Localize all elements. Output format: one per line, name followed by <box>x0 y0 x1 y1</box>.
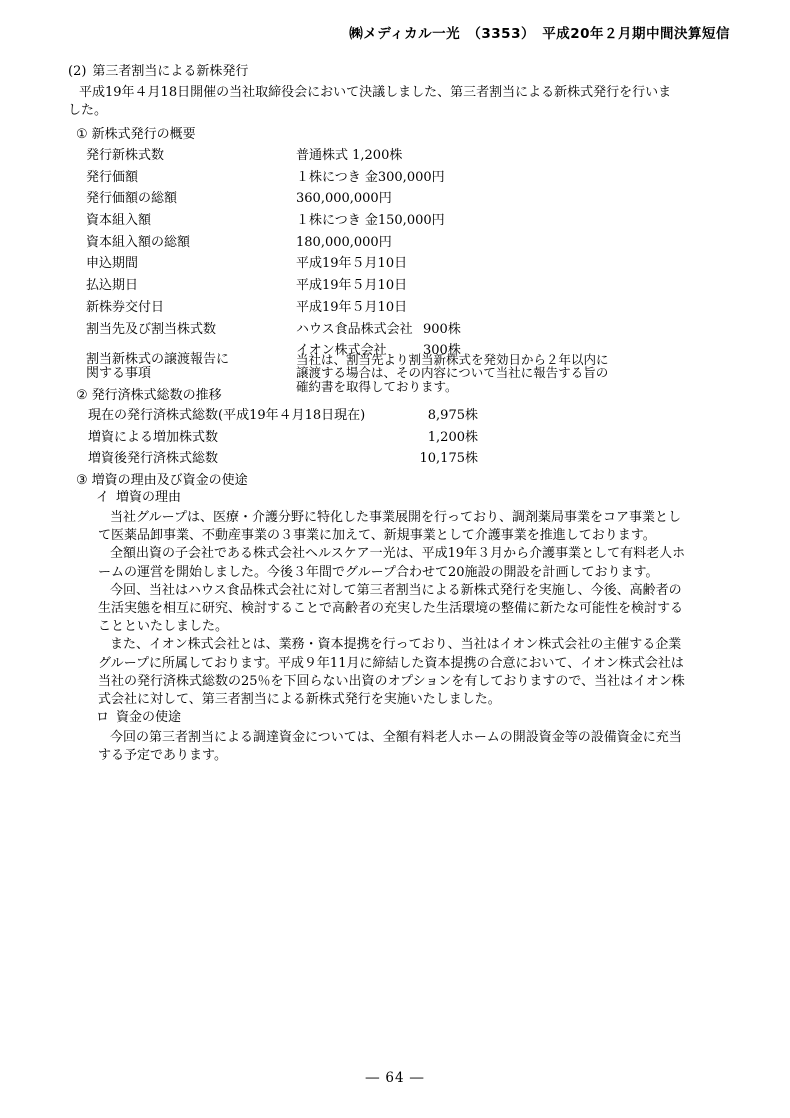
subsection-heading: ② 発行済株式総数の推移 <box>68 386 738 404</box>
row-value: １株につき 金150,000円 <box>296 214 445 228</box>
section-title: 第三者割当による新株発行 <box>92 64 248 80</box>
row-value: 180,000,000円 <box>296 236 392 250</box>
text-line: 全額出資の子会社である株式会社ヘルスケア一光は、平成19年３月から介護事業として… <box>98 545 738 563</box>
row-value: 8,975株 <box>68 409 478 423</box>
table-row: 発行価額 １株につき 金300,000円 <box>68 171 738 185</box>
subsection-issue-overview: ① 新株式発行の概要 発行新株式数 普通株式 1,200株 発行価額 １株につき… <box>68 124 738 393</box>
text-line: 式会社に対して、第三者割当による新株式発行を実施いたしました。 <box>98 691 738 709</box>
paragraph: また、イオン株式会社とは、業務・資本提携を行っており、当社はイオン株式会社の主催… <box>98 636 738 709</box>
subsection-title: 発行済株式総数の推移 <box>92 388 222 404</box>
item-title: 増資の理由 <box>116 490 181 506</box>
text-line: 当社グループは、医療・介護分野に特化した事業展開を行っており、調剤薬局事業をコア… <box>98 509 738 527</box>
section-third-party-allotment: (2) 第三者割当による新株発行 平成19年４月18日開催の当社取締役会において… <box>68 64 738 120</box>
row-label: 発行価額の総額 <box>68 192 296 206</box>
table-row: 払込期日 平成19年５月10日 <box>68 279 738 293</box>
row-value: 普通株式 1,200株 <box>296 149 402 163</box>
text-line: 割当新株式の譲渡報告に <box>86 353 296 367</box>
table-row: 資本組入額 １株につき 金150,000円 <box>68 214 738 228</box>
document-page: ㈱メディカル一光 （3353） 平成20年２月期中間決算短信 (2) 第三者割当… <box>0 0 790 1118</box>
subsection-title: 増資の理由及び資金の使途 <box>92 473 248 489</box>
circled-number-2: ② <box>76 388 88 404</box>
shares-outstanding-table: 現在の発行済株式総数(平成19年４月18日現在) 8,975株 増資による増加株… <box>68 409 738 466</box>
row-value: １株につき 金300,000円 <box>296 171 445 185</box>
section-heading: (2) 第三者割当による新株発行 <box>68 64 738 80</box>
subsection-heading: ① 新株式発行の概要 <box>68 124 738 143</box>
allottee-shares: 900株 <box>423 322 461 337</box>
item-heading-reason: イ 増資の理由 <box>68 490 738 506</box>
row-label: 割当先及び割当株式数 <box>68 323 296 337</box>
row-label: 新株券交付日 <box>68 301 296 315</box>
row-label: 資本組入額 <box>68 214 296 228</box>
table-row-allottee-1: 割当先及び割当株式数 ハウス食品株式会社900株 <box>68 323 738 337</box>
text-line: 当社の発行済株式総数の25％を下回らない出資のオプションを有しておりますので、当… <box>98 673 738 691</box>
text-line: ことといたしました。 <box>98 618 738 636</box>
row-label: 発行価額 <box>68 171 296 185</box>
paragraph: 今回の第三者割当による調達資金については、全額有料老人ホームの開設資金等の設備資… <box>98 729 738 765</box>
row-value: 平成19年５月10日 <box>296 257 407 271</box>
text-line: した。 <box>68 102 738 120</box>
table-row: 発行新株式数 普通株式 1,200株 <box>68 149 738 163</box>
allottee-name: ハウス食品株式会社 <box>296 323 423 337</box>
text-line: 譲渡する場合は、その内容について当社に報告する旨の <box>296 366 609 379</box>
row-label: 資本組入額の総額 <box>68 236 296 250</box>
circled-number-3: ③ <box>76 473 88 489</box>
row-value: ハウス食品株式会社900株 <box>296 323 461 337</box>
row-label: 申込期間 <box>68 257 296 271</box>
new-share-issue-table: 発行新株式数 普通株式 1,200株 発行価額 １株につき 金300,000円 … <box>68 149 738 393</box>
row-value: 1,200株 <box>68 431 478 445</box>
subsection-title: 新株式発行の概要 <box>92 127 196 143</box>
section-number: (2) <box>68 64 86 80</box>
paragraph: 今回、当社はハウス食品株式会社に対して第三者割当による新株式発行を実施し、今後、… <box>98 582 738 637</box>
text-line: 今回、当社はハウス食品株式会社に対して第三者割当による新株式発行を実施し、今後、… <box>98 582 738 600</box>
text-line: 平成19年４月18日開催の当社取締役会において決議しました、第三者割当による新株… <box>68 84 738 102</box>
table-row: 新株券交付日 平成19年５月10日 <box>68 301 738 315</box>
text-line: 生活実態を相互に研究、検討することで高齢者の充実した生活環境の整備に新たな可能性… <box>98 600 738 618</box>
text-line: また、イオン株式会社とは、業務・資本提携を行っており、当社はイオン株式会社の主催… <box>98 636 738 654</box>
row-value: 360,000,000円 <box>296 192 392 206</box>
text-line: て医薬品卸事業、不動産事業の３事業に加えて、新規事業として介護事業を推進しており… <box>98 527 738 545</box>
subsection-reason-and-use: ③ 増資の理由及び資金の使途 イ 増資の理由 当社グループは、医療・介護分野に特… <box>68 471 738 766</box>
text-line: 今回の第三者割当による調達資金については、全額有料老人ホームの開設資金等の設備資… <box>98 729 738 747</box>
subsection-heading: ③ 増資の理由及び資金の使途 <box>68 471 738 489</box>
table-row: 現在の発行済株式総数(平成19年４月18日現在) 8,975株 <box>68 409 738 423</box>
text-line: ームの運営を開始しました。今後３年間でグループ合わせて20施設の開設を計画してお… <box>98 564 738 582</box>
paragraph: 全額出資の子会社である株式会社ヘルスケア一光は、平成19年３月から介護事業として… <box>98 545 738 581</box>
report-header: ㈱メディカル一光 （3353） 平成20年２月期中間決算短信 <box>349 27 730 42</box>
table-row: 増資による増加株式数 1,200株 <box>68 431 738 445</box>
page-number: ― 64 ― <box>0 1070 790 1086</box>
text-line: グループに所属しております。平成９年11月に締結した資本提携の合意において、イオ… <box>98 655 738 673</box>
row-value: 平成19年５月10日 <box>296 301 407 315</box>
paragraph: 当社グループは、医療・介護分野に特化した事業展開を行っており、調剤薬局事業をコア… <box>98 509 738 545</box>
item-title: 資金の使途 <box>116 710 181 726</box>
table-row: 申込期間 平成19年５月10日 <box>68 257 738 271</box>
intro-paragraph: 平成19年４月18日開催の当社取締役会において決議しました、第三者割当による新株… <box>68 84 738 120</box>
item-heading-use: ロ 資金の使途 <box>68 710 738 726</box>
kana-marker-i: イ <box>96 490 109 506</box>
row-value: 10,175株 <box>68 452 478 466</box>
subsection-shares-outstanding: ② 発行済株式総数の推移 現在の発行済株式総数(平成19年４月18日現在) 8,… <box>68 386 738 474</box>
table-row: 発行価額の総額 360,000,000円 <box>68 192 738 206</box>
row-value: 平成19年５月10日 <box>296 279 407 293</box>
table-row: 資本組入額の総額 180,000,000円 <box>68 236 738 250</box>
reason-paragraphs: 当社グループは、医療・介護分野に特化した事業展開を行っており、調剤薬局事業をコア… <box>68 509 738 709</box>
row-label: 払込期日 <box>68 279 296 293</box>
text-line: 関する事項 <box>86 367 296 381</box>
table-row: 増資後発行済株式総数 10,175株 <box>68 452 738 466</box>
text-line: する予定であります。 <box>98 747 738 765</box>
row-label: 発行新株式数 <box>68 149 296 163</box>
kana-marker-ro: ロ <box>96 710 109 726</box>
circled-number-1: ① <box>76 127 88 143</box>
use-paragraphs: 今回の第三者割当による調達資金については、全額有料老人ホームの開設資金等の設備資… <box>68 729 738 765</box>
